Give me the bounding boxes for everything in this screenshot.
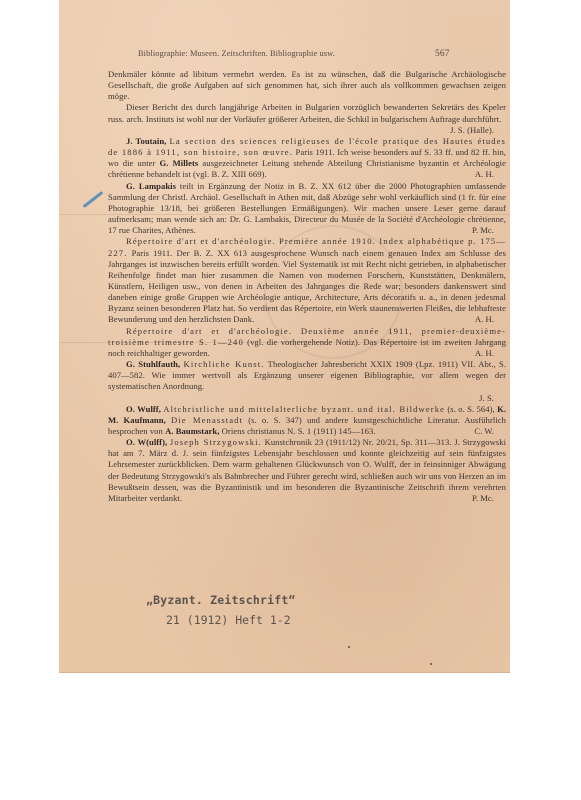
entry-title: Joseph Strzygowski. (170, 437, 262, 447)
reviewer-signature: J. S. (108, 393, 506, 404)
bibliography-entry: Répertoire d'art et d'archéologie. Deuxi… (108, 326, 506, 359)
body-text: Denkmäler könnte ad libitum vermehrt wer… (108, 69, 506, 504)
entry-text: Paris 1911. Der B. Z. XX 613 ausgesproch… (108, 248, 506, 325)
running-head: Bibliographie: Museen. Zeitschriften. Bi… (98, 49, 518, 61)
bibliography-entry: Dieser Bericht des durch langjährige Arb… (108, 102, 506, 135)
bibliography-entry: O. Wulff, Altchristliche und mittelalter… (108, 404, 506, 437)
bibliography-entry: Répertoire d'art et d'archéologie. Premi… (108, 236, 506, 325)
entry-author: A. Baumstark, (165, 426, 219, 436)
reviewer-signature: A. H. (457, 314, 506, 325)
reviewer-signature: P. Mc. (454, 493, 506, 504)
entry-author: G. Lampakis (126, 181, 176, 191)
reviewer-signature: A. H. (457, 169, 506, 180)
stamp-journal-name: „Byzant. Zeitschrift“ (146, 590, 326, 610)
reviewer-signature: C. W. (456, 426, 506, 437)
paper-speck (348, 646, 350, 648)
entry-text: Oriens christianus N. S. 1 (1911) 145—16… (222, 426, 376, 436)
reviewer-signature: A. H. (457, 348, 506, 359)
reviewer-signature: P. Mc. (454, 225, 506, 236)
entry-title: Die Menasstadt (171, 415, 243, 425)
entry-author: G. Millets (160, 158, 199, 168)
entry-author: O. W(ulff), (126, 437, 167, 447)
entry-text: Denkmäler könnte ad libitum vermehrt wer… (108, 69, 506, 101)
page-number: 567 (435, 49, 450, 59)
entry-title: Altchristliche und mittelalterliche byza… (163, 404, 445, 414)
paper-speck (430, 663, 432, 665)
entry-text: (s. o. S. 564), (447, 404, 494, 414)
bibliography-entry: G. Lampakis teilt in Ergänzung der Notiz… (108, 181, 506, 237)
stamp-volume-issue: 21 (1912) Heft 1-2 (146, 610, 326, 630)
running-head-title: Bibliographie: Museen. Zeitschriften. Bi… (138, 49, 335, 58)
entry-text: Kunstchronik 23 (1911/12) Nr. 20/21, Sp.… (108, 437, 506, 503)
bibliography-entry: O. W(ulff), Joseph Strzygowski. Kunstchr… (108, 437, 506, 504)
entry-text: Dieser Bericht des durch langjährige Arb… (108, 102, 506, 123)
bibliography-entry: G. Stuhlfauth, Kirchliche Kunst. Theolog… (108, 359, 506, 404)
bibliography-entry: J. Toutain, La section des sciences reli… (108, 136, 506, 181)
entry-author: G. Stuhlfauth, (126, 359, 180, 369)
bibliography-entry-continued: Denkmäler könnte ad libitum vermehrt wer… (108, 69, 506, 102)
entry-author: O. Wulff, (126, 404, 161, 414)
library-stamp: „Byzant. Zeitschrift“ 21 (1912) Heft 1-2 (146, 590, 326, 630)
entry-author: J. Toutain, (126, 136, 166, 146)
entry-title: Kirchliche Kunst. (184, 359, 265, 369)
reviewer-signature: J. S. (Halle). (108, 125, 506, 136)
